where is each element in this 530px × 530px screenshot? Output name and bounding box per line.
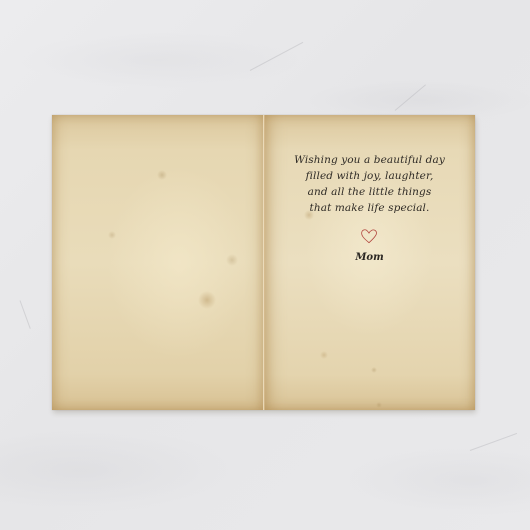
marble-vein bbox=[20, 300, 31, 329]
card-message: Wishing you a beautiful day filled with … bbox=[264, 152, 475, 216]
marble-vein bbox=[470, 433, 517, 451]
card-fold bbox=[263, 115, 265, 410]
card-left-panel bbox=[52, 115, 264, 410]
card-right-panel: Wishing you a beautiful day filled with … bbox=[264, 115, 475, 410]
marble-vein bbox=[395, 84, 426, 110]
signature: Mom bbox=[264, 252, 475, 263]
message-line: and all the little things bbox=[264, 184, 475, 200]
heart-icon bbox=[360, 228, 378, 244]
greeting-card: Wishing you a beautiful day filled with … bbox=[52, 115, 475, 410]
marble-vein bbox=[250, 42, 303, 71]
message-line: Wishing you a beautiful day bbox=[264, 152, 475, 168]
message-line: that make life special. bbox=[264, 200, 475, 216]
message-line: filled with joy, laughter, bbox=[264, 168, 475, 184]
